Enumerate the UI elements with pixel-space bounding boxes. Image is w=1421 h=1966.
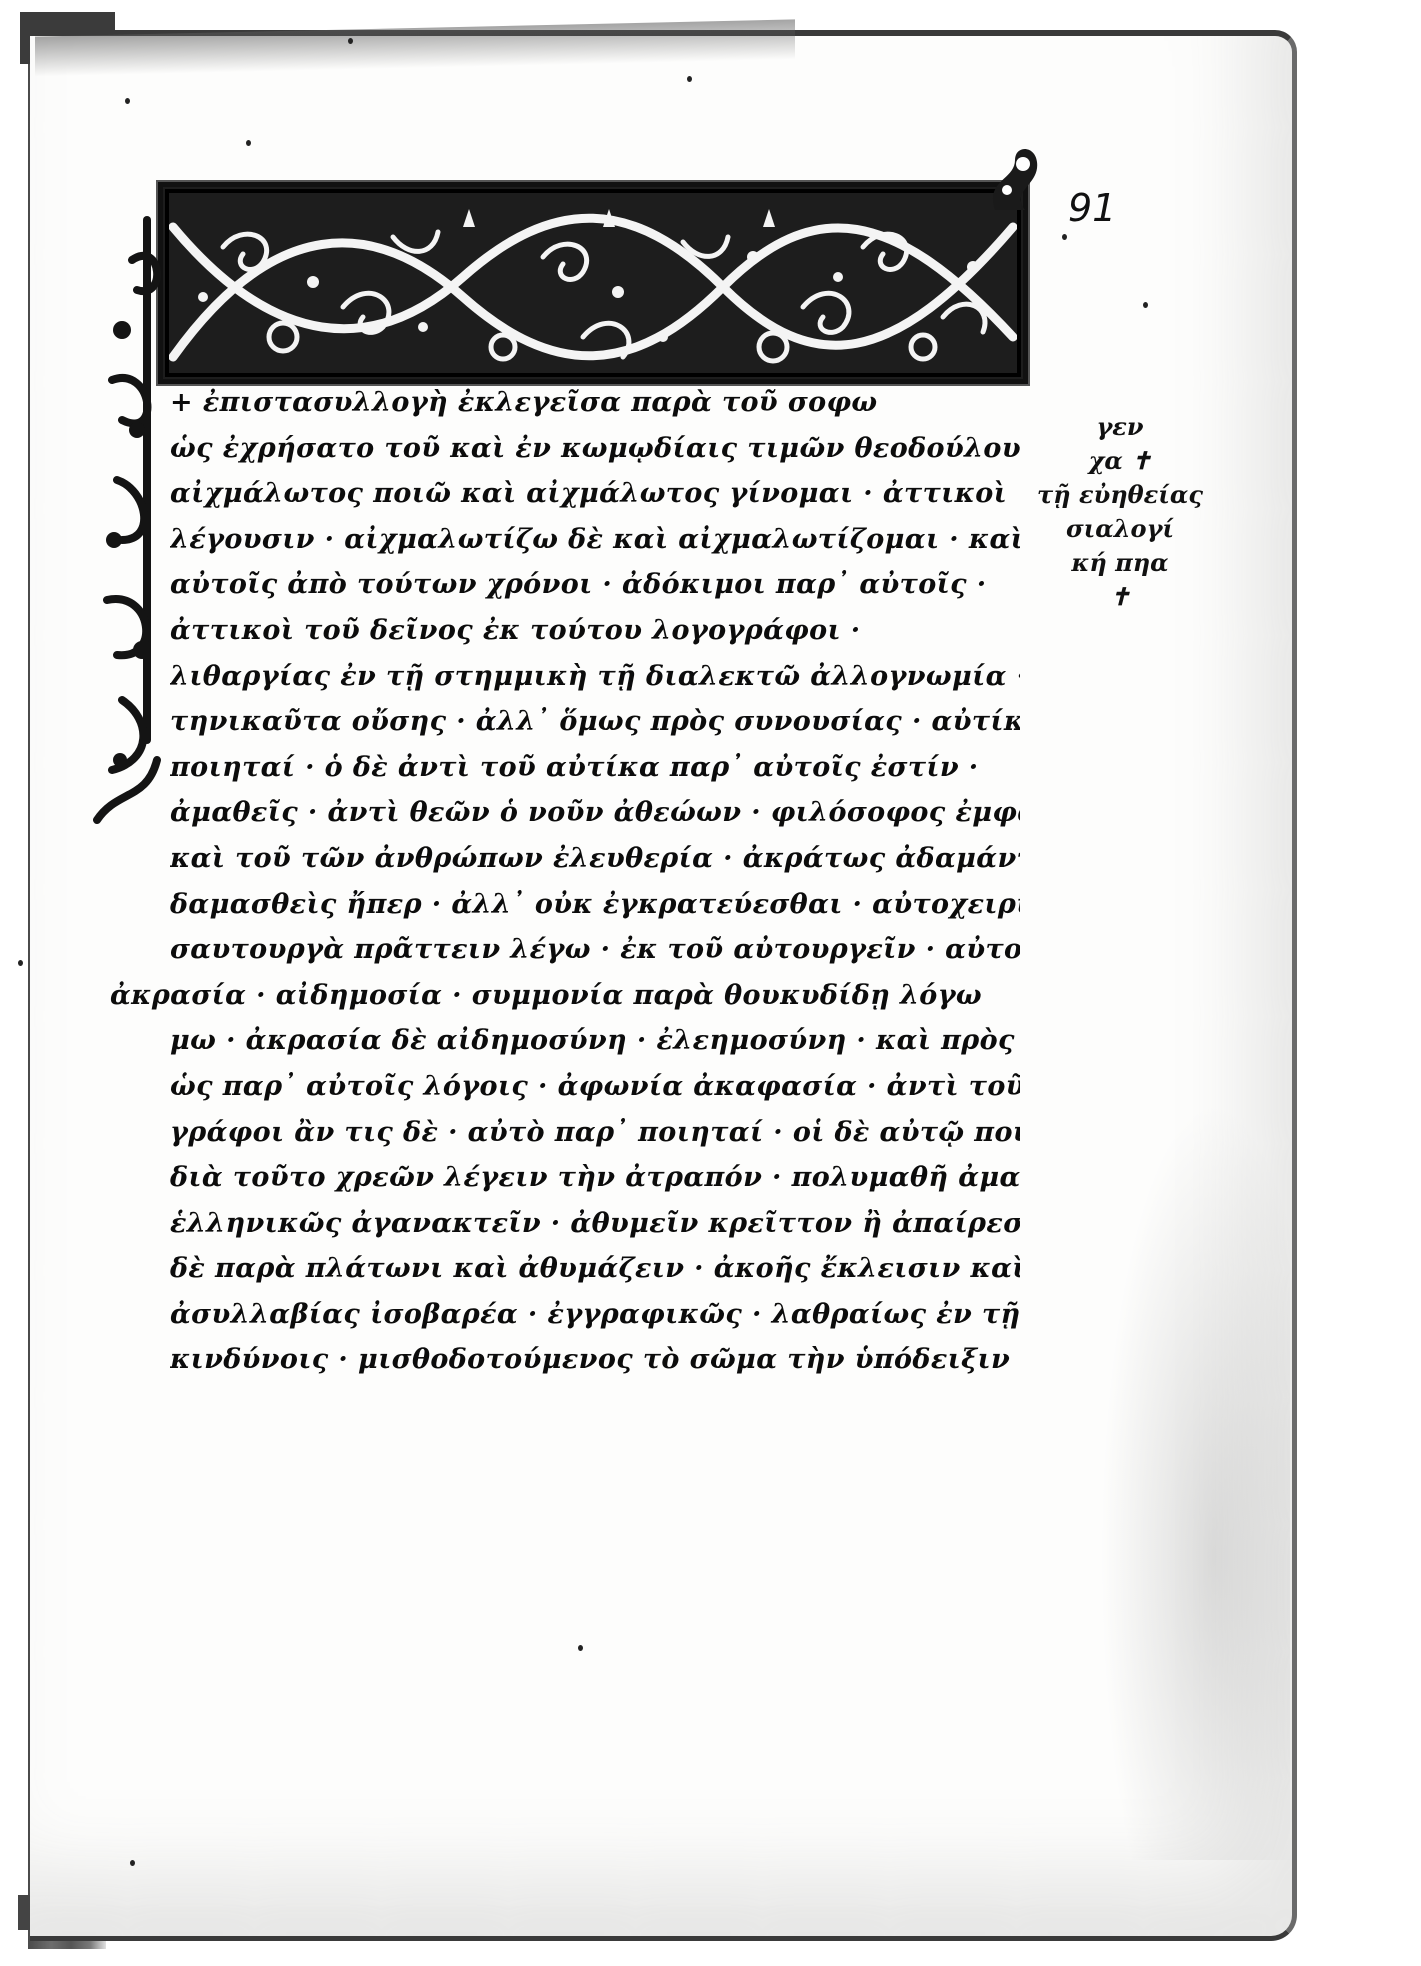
ink-speck [246, 140, 251, 146]
text-line: ἀμαθεῖς · ἀντὶ θεῶν ὁ νοῦν ἀθεώων · φιλό… [170, 790, 1020, 836]
text-line: λιθαργίας ἐν τῇ στημμικὴ τῇ διαλεκτῶ ἀλλ… [170, 654, 1020, 700]
manuscript-text-block: + ἐπιστασυλλογὴ ἐκλεγεῖσα παρὰ τοῦ σοφω … [170, 380, 1020, 1383]
text-line: ἑλληνικῶς ἀγανακτεῖν · ἀθυμεῖν κρεῖττον … [170, 1201, 1020, 1247]
ink-speck [130, 1860, 135, 1866]
parchment-stain [1100, 1100, 1290, 1860]
text-line: κινδύνοις · μισθοδοτούμενος τὸ σῶμα τὴν … [170, 1337, 1020, 1383]
ink-speck [348, 38, 353, 44]
ink-speck [1143, 302, 1148, 308]
decorated-initial-icon [92, 180, 172, 880]
text-line: γράφοι ἂν τις δὲ · αὐτὸ παρ᾽ ποιηταί · ο… [170, 1110, 1020, 1156]
text-line: δὲ παρὰ πλάτωνι καὶ ἀθυμάζειν · ἀκοῆς ἔκ… [170, 1246, 1020, 1292]
text-line: διὰ τοῦτο χρεῶν λέγειν τὴν ἀτραπόν · πολ… [170, 1155, 1020, 1201]
marginal-line: γεν [1030, 410, 1210, 444]
scroll-ornament-icon [163, 187, 1023, 379]
text-line: αὐτοῖς ἀπὸ τούτων χρόνοι · ἀδόκιμοι παρ᾽… [170, 562, 1020, 608]
marginal-line: σιαλογί [1030, 512, 1210, 546]
text-line: ἀκρασία · αἰδημοσία · συμμονία παρὰ θουκ… [110, 973, 1020, 1019]
text-line: καὶ τοῦ τῶν ἀνθρώπων ἐλευθερία · ἀκράτως… [170, 836, 1020, 882]
illuminated-headpiece [158, 182, 1028, 384]
marginal-line: ✝ [1030, 580, 1210, 614]
marginal-annotation: γεν χα ✝ τῇ εὐηθείας σιαλογί κή πηα ✝ [1030, 410, 1210, 614]
text-line: σαυτουργὰ πρᾶττειν λέγω · ἐκ τοῦ αὐτουργ… [170, 927, 1020, 973]
text-line: ἀσυλλαβίας ἰσοβαρέα · ἐγγραφικῶς · λαθρα… [170, 1292, 1020, 1338]
ink-speck [578, 1645, 583, 1651]
ink-speck [18, 960, 23, 966]
text-line: λέγουσιν · αἰχμαλωτίζω δὲ καὶ αἰχμαλωτίζ… [170, 517, 1020, 563]
text-line: ἀττικοὶ τοῦ δεῖνος ἐκ τούτου λογογράφοι … [170, 608, 1020, 654]
ink-speck [1062, 234, 1067, 240]
ink-speck [125, 98, 130, 104]
text-line: + ἐπιστασυλλογὴ ἐκλεγεῖσα παρὰ τοῦ σοφω [170, 380, 1020, 426]
marginal-line: χα ✝ [1030, 444, 1210, 478]
text-line: μω · ἀκρασία δὲ αἰδημοσύνη · ἐλεημοσύνη … [170, 1018, 1020, 1064]
marginal-line: κή πηα [1030, 546, 1210, 580]
corner-ornament-icon [985, 140, 1045, 220]
text-line: δαμασθεὶς ἤπερ · ἀλλ᾽ οὐκ ἐγκρατεύεσθαι … [170, 882, 1020, 928]
text-line: ποιηταί · ὁ δὲ ἀντὶ τοῦ αὐτίκα παρ᾽ αὐτο… [170, 745, 1020, 791]
ink-speck [687, 76, 692, 82]
marginal-line: τῇ εὐηθείας [1030, 478, 1210, 512]
text-line: αἰχμάλωτος ποιῶ καὶ αἰχμάλωτος γίνομαι ·… [170, 471, 1020, 517]
folio-number: 91 [1068, 186, 1116, 230]
text-line: ὡς ἐχρήσατο τοῦ καὶ ἐν κωμῳδίαις τιμῶν θ… [170, 426, 1020, 472]
text-line: τηνικαῦτα οὔσης · ἀλλ᾽ ὅμως πρὸς συνουσί… [170, 699, 1020, 745]
text-line: ὡς παρ᾽ αὐτοῖς λόγοις · ἀφωνία ἀκαφασία … [170, 1064, 1020, 1110]
